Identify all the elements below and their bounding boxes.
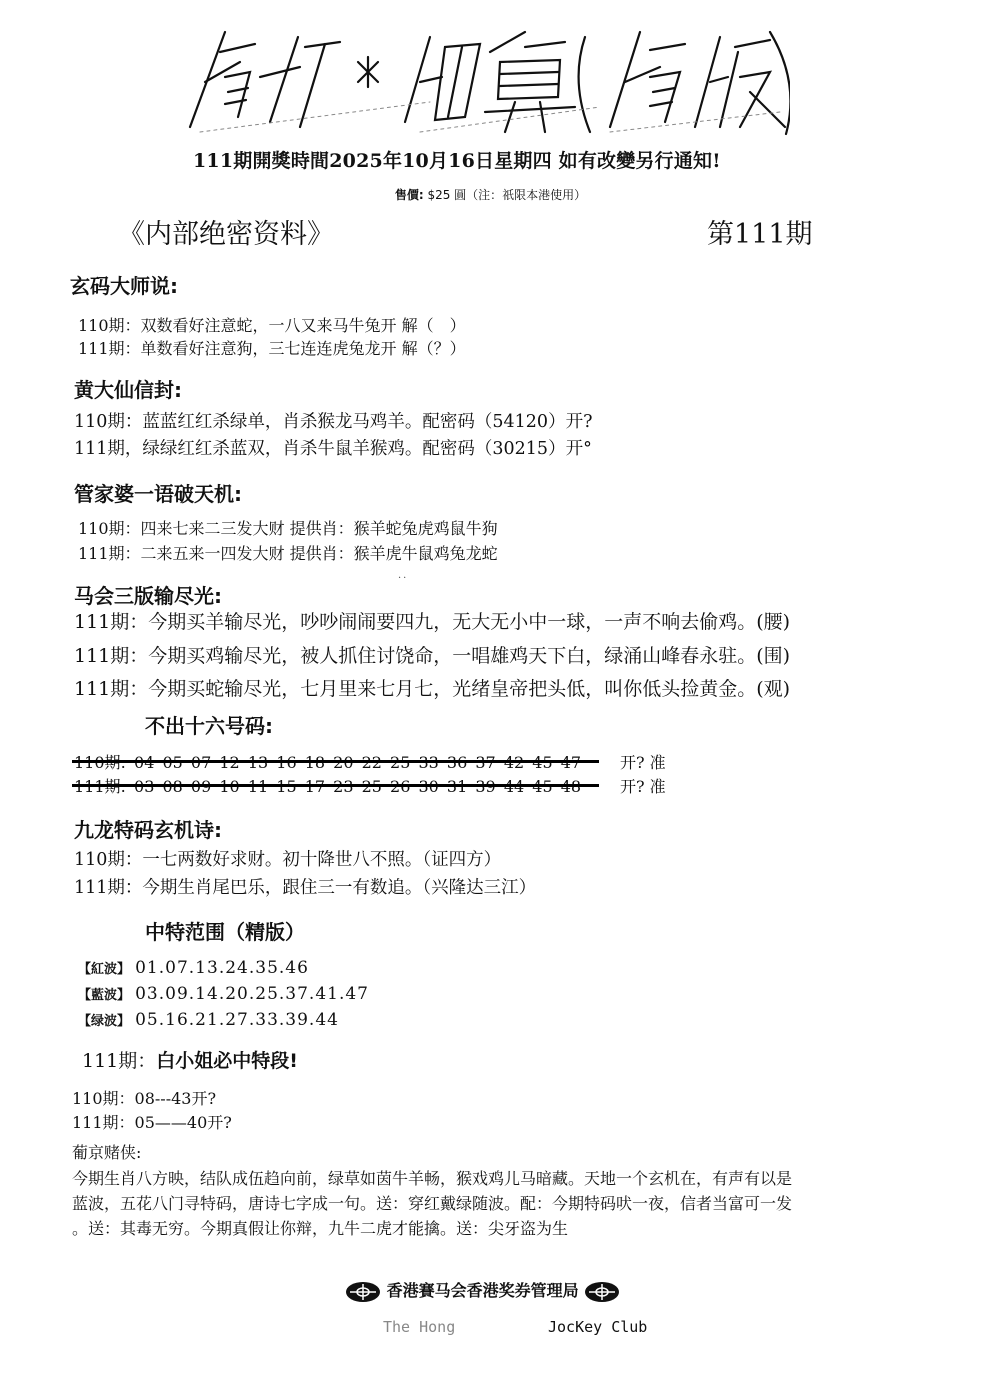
document-title: 《内部绝密资料》: [118, 212, 334, 251]
pujing-line-2: 蓝波，五花八门寻特码，唐诗七字成一句。送：穿红戴绿随波。配：今期特码吠一夜，信者…: [72, 1191, 792, 1214]
footer-en-left: The Hong: [383, 1318, 455, 1336]
baixiaojie-issue: 111期：: [82, 1050, 156, 1072]
pujing-line-3: 。送：其毒无穷。今期真假让你辩，九牛二虎才能擒。送：尖牙盗为生: [72, 1216, 568, 1239]
baixiaojie-line-111: 111期：05——40开?: [72, 1110, 232, 1133]
strikethrough-line: [72, 760, 599, 763]
mahui-line-3: 111期：今期买蛇输尽光，七月里来七月七，光绪皇帝把头低，叫你低头捡黄金。(观): [74, 674, 790, 701]
footer-org: 香港賽马会香港奖券管理局: [345, 1278, 620, 1303]
jockey-club-emblem-icon: [345, 1281, 381, 1303]
wave-numbers-blue: 03.09.14.20.25.37.41.47: [135, 984, 369, 1004]
price-label: 售價:: [395, 188, 424, 202]
huangdaxian-line-111: 111期，绿绿红红杀蓝双，肖杀牛鼠羊猴鸡。配密码（30215）开°: [74, 435, 592, 460]
draw-time-notice: 111期開獎時間2025年10月16日星期四 如有改變另行通知!: [193, 146, 721, 173]
huangdaxian-line-110: 110期：蓝蓝红红杀绿单，肖杀猴龙马鸡羊。配密码（54120）开?: [74, 408, 592, 433]
pujing-line-1: 今期生肖八方映，结队成伍趋向前，绿草如茵牛羊畅，猴戏鸡儿马暗藏。天地一个玄机在，…: [72, 1166, 792, 1189]
price-line: 售價: $25 圓（注：祇限本港使用）: [0, 186, 981, 203]
stray-dots: ··: [398, 573, 408, 584]
wave-row-blue: 【藍波】 03.09.14.20.25.37.41.47: [78, 984, 369, 1004]
jiulong-line-110: 110期：一七两数好求财。初十降世八不照。（证四方）: [74, 846, 501, 871]
buchu-row-111-suffix: 开? 准: [620, 774, 666, 797]
mahui-line-2: 111期：今期买鸡输尽光，被人抓住讨饶命，一唱雄鸡天下白，绿涌山峰春永驻。(围): [74, 641, 790, 668]
strikethrough-line: [72, 784, 599, 787]
wave-numbers-green: 05.16.21.27.33.39.44: [135, 1010, 339, 1030]
section-heading-jiulong: 九龙特码玄机诗:: [74, 814, 222, 843]
section-heading-guanjiapo: 管家婆一语破天机:: [74, 478, 242, 507]
xuanma-line-110: 110期：双数看好注意蛇，一八又来马牛兔开 解（ ）: [78, 313, 466, 336]
section-heading-baixiaojie: 111期：白小姐必中特段!: [82, 1046, 298, 1073]
section-heading-mahui: 马会三版输尽光:: [74, 580, 222, 609]
wave-tag-green: 【绿波】: [78, 1014, 130, 1029]
price-value: $25 圓（注：祇限本港使用）: [427, 188, 586, 202]
wave-row-green: 【绿波】 05.16.21.27.33.39.44: [78, 1010, 339, 1030]
guanjiapo-line-110: 110期：四来七来二三发大财 提供肖：猴羊蛇兔虎鸡鼠牛狗: [78, 516, 498, 539]
footer-org-name: 香港賽马会香港奖券管理局: [387, 1281, 579, 1300]
title-art-icon: [180, 22, 790, 140]
buchu-row-110-suffix: 开? 准: [620, 750, 666, 773]
wave-row-red: 【紅波】 01.07.13.24.35.46: [78, 958, 309, 978]
section-heading-zhongte: 中特范围（精版）: [145, 916, 305, 945]
title-art-banner: [180, 22, 790, 140]
issue-number: 第111期: [707, 212, 813, 251]
wave-numbers-red: 01.07.13.24.35.46: [135, 958, 309, 978]
wave-tag-red: 【紅波】: [78, 962, 130, 977]
wave-tag-blue: 【藍波】: [78, 988, 130, 1003]
section-heading-huangdaxian: 黄大仙信封:: [74, 374, 182, 403]
section-heading-pujing: 葡京赌侠:: [72, 1140, 141, 1163]
baixiaojie-line-110: 110期：08---43开?: [72, 1086, 216, 1109]
xuanma-line-111: 111期：单数看好注意狗，三七连连虎兔龙开 解（？）: [78, 336, 466, 359]
mahui-line-1: 111期：今期买羊输尽光，吵吵闹闹要四九，无大无小中一球，一声不响去偷鸡。(腰): [74, 607, 790, 634]
guanjiapo-line-111: 111期：二来五来一四发大财 提供肖：猴羊虎牛鼠鸡兔龙蛇: [78, 541, 498, 564]
jockey-club-emblem-icon: [584, 1281, 620, 1303]
section-heading-xuanma: 玄码大师说:: [70, 270, 178, 299]
baixiaojie-title: 白小姐必中特段!: [156, 1050, 298, 1072]
jiulong-line-111: 111期：今期生肖尾巴乐，跟住三一有数追。（兴隆达三江）: [74, 874, 536, 899]
section-heading-buchu: 不出十六号码:: [145, 710, 273, 739]
footer-en-right: JocKey Club: [548, 1318, 647, 1336]
